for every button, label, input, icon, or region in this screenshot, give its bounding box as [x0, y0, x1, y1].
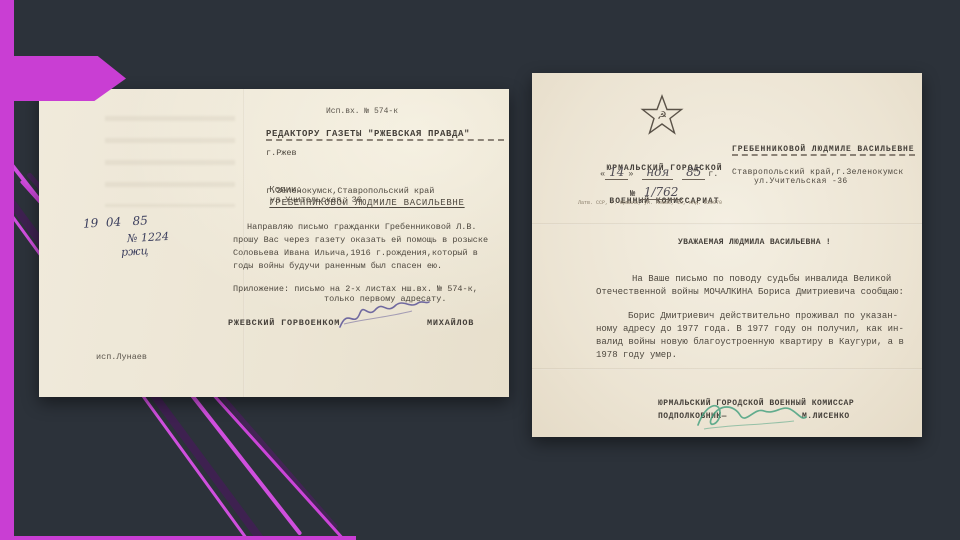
doc1-signer-title: РЖЕВСКИЙ ГОРВОЕНКОМ	[228, 317, 340, 330]
doc2-address-stamp: Латв. ССР, г. Юрмала, ул. Номае, 19, инд…	[578, 200, 722, 206]
date-suffix: г.	[708, 169, 718, 179]
accent-bottom-strip	[0, 536, 356, 540]
doc2-p1-line2: Отечественной войны МОЧАЛКИНА Бориса Дми…	[596, 286, 904, 299]
doc1-body-line4: годы войны будучи раненным был спасен ею…	[233, 260, 442, 273]
doc2-p2-line2: ному адресу до 1977 года. В 1977 году он…	[596, 323, 904, 336]
doc1-body-line2: прошу Вас через газету оказать ей помощь…	[233, 234, 488, 247]
doc1-copies-addr2: ул.Учительская, 36	[270, 194, 362, 207]
scanned-letter-jurmala: ☭ ЮРМАЛЬСКИЙ ГОРОДСКОЙ ВОЕННЫЙ КОМИССАРИ…	[532, 73, 922, 437]
doc2-p2-line4: 1978 году умер.	[596, 349, 677, 362]
accent-left-bar	[0, 0, 14, 540]
soviet-star-icon: ☭	[640, 93, 684, 137]
doc1-body-line3: Соловьева Ивана Ильича,1916 г.рождения,к…	[233, 247, 478, 260]
doc2-hand-date-year: 85	[682, 165, 705, 180]
doc2-number-label: №	[630, 189, 635, 199]
dash-underline	[732, 154, 915, 156]
doc1-executor: исп.Лунаев	[96, 351, 147, 364]
doc1-body-line1: Направляю письмо гражданки Гребенниковой…	[247, 221, 477, 234]
doc2-p2-line1: Борис Дмитриевич действительно проживал …	[628, 310, 898, 323]
doc1-ref-number: Исп.вх. № 574-к	[326, 105, 398, 118]
doc1-handwritten-note: ржц	[121, 244, 149, 258]
dash-underline	[266, 139, 504, 141]
mikhailov-signature	[334, 297, 434, 333]
doc1-handwritten-number: № 1224	[127, 230, 170, 245]
ink-bleed-smudge	[105, 107, 235, 207]
doc2-hand-date-day: 14	[605, 165, 628, 180]
doc2-addressee-addr2: ул.Учительская -36	[754, 175, 848, 188]
doc2-hand-number: 1/762	[640, 185, 683, 200]
doc2-p1-line1: На Ваше письмо по поводу судьбы инвалида…	[632, 273, 891, 286]
date-quote-close: »	[628, 169, 633, 179]
fold-crease	[532, 368, 922, 370]
doc2-hand-date-month: ноя	[642, 165, 673, 180]
lisenko-signature	[690, 395, 810, 435]
svg-text:☭: ☭	[657, 109, 667, 122]
doc1-signer-name: МИХАЙЛОВ	[427, 317, 474, 330]
doc2-salutation: УВАЖАЕМАЯ ЛЮДМИЛА ВАСИЛЬЕВНА !	[678, 236, 831, 249]
doc1-handwritten-date: 19 04 85	[83, 213, 149, 230]
doc1-recipient-city: г.Ржев	[266, 147, 297, 160]
presentation-slide: Исп.вх. № 574-к РЕДАКТОРУ ГАЗЕТЫ "РЖЕВСК…	[0, 0, 960, 540]
doc2-p2-line3: валид войны новую благоустроенную кварти…	[596, 336, 904, 349]
scanned-letter-rzhev: Исп.вх. № 574-к РЕДАКТОРУ ГАЗЕТЫ "РЖЕВСК…	[39, 89, 509, 397]
